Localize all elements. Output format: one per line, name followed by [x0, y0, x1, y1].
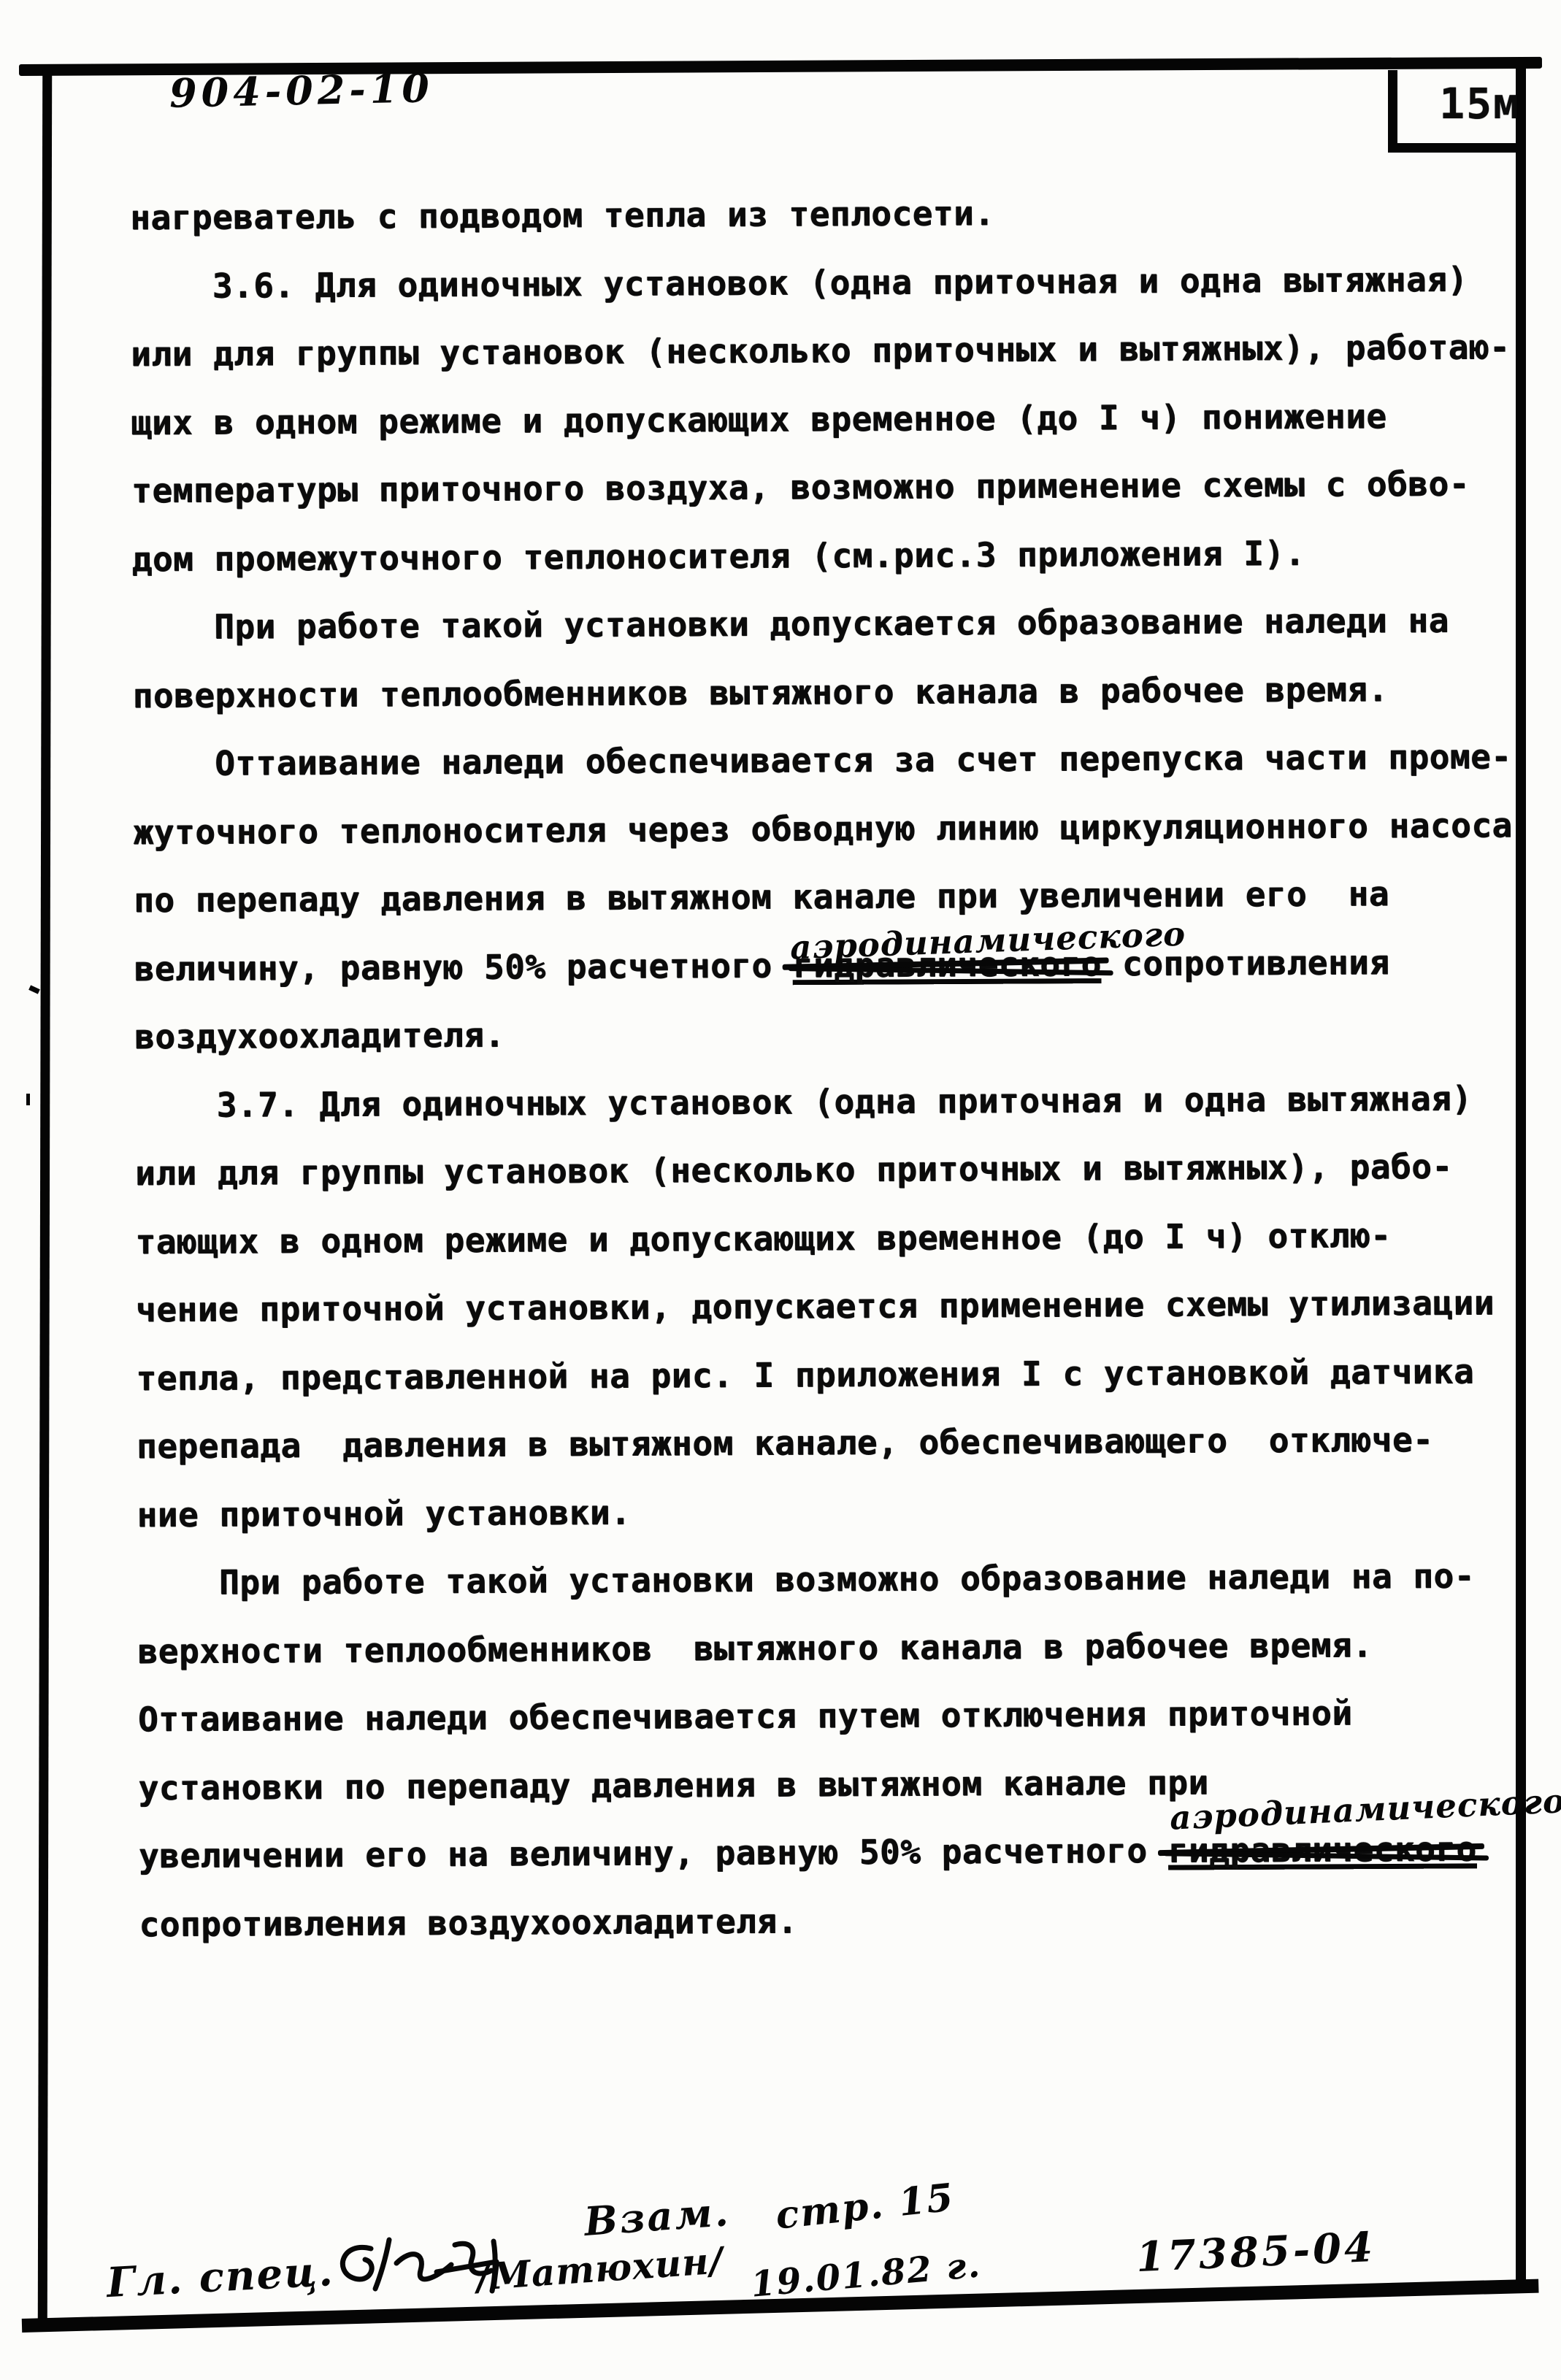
footer-page-ref: стр. 15: [773, 2175, 956, 2238]
text-line: воздухоохладителя.: [134, 996, 1529, 1071]
text-line: температуры приточного воздуха, возможно…: [131, 450, 1526, 525]
signature: [327, 2219, 575, 2314]
text-line: тепла, представленной на рис. I приложен…: [136, 1337, 1530, 1412]
text-line: Оттаивание наледи обеспечивается путем о…: [138, 1678, 1533, 1754]
margin-mark: [28, 985, 40, 994]
text-line: перепада давления в вытяжном канале, обе…: [137, 1405, 1531, 1481]
text-line: по перепаду давления в вытяжном канале п…: [134, 859, 1528, 934]
text-line: ние приточной установки.: [137, 1473, 1531, 1548]
footer-doc-code: 17385-04: [1135, 2223, 1377, 2281]
text-line: жуточного теплоносителя через обводную л…: [133, 791, 1527, 866]
text-line: щих в одном режиме и допускающих временн…: [131, 381, 1525, 456]
body-text: нагреватель с подводом тепла из теплосет…: [130, 177, 1534, 1959]
margin-speck: [26, 1094, 30, 1105]
text-line: тающих в одном режиме и допускающих врем…: [135, 1200, 1530, 1275]
text-line: или для группы установок (несколько прит…: [131, 313, 1525, 388]
text-line: При работе такой установки допускается о…: [132, 586, 1527, 661]
text-line: сопротивления воздухоохладителя.: [139, 1883, 1533, 1958]
text-line: Оттаивание наледи обеспечивается за счет…: [133, 723, 1527, 798]
text-line: 3.7. Для одиночных установок (одна прито…: [134, 1064, 1529, 1139]
footer-vzam-note: Взам.: [583, 2188, 732, 2245]
page-number-label: 15м: [1439, 79, 1520, 128]
text-line: верхности теплообменников вытяжного кана…: [137, 1610, 1532, 1685]
text-line: нагреватель с подводом тепла из теплосет…: [130, 177, 1524, 252]
text-line: чение приточной установки, допускается п…: [136, 1269, 1530, 1344]
text-line: или для группы установок (несколько прит…: [135, 1132, 1530, 1208]
footer-role-label: Гл. спец.: [105, 2247, 335, 2307]
page-number-box: 15м: [1388, 70, 1526, 153]
frame-border-left: [38, 70, 52, 2327]
text-line: 3.6. Для одиночных установок (одна прито…: [130, 245, 1524, 320]
doc-number: 904-02-10: [169, 64, 434, 117]
text-line: поверхности теплообменников вытяжного ка…: [132, 654, 1527, 729]
text-line: При работе такой установки возможно обра…: [137, 1542, 1532, 1617]
text-line: дом промежуточного теплоносителя (см.рис…: [131, 518, 1526, 593]
scanned-document-page: 904-02-10 15м нагреватель с подводом теп…: [0, 0, 1561, 2380]
